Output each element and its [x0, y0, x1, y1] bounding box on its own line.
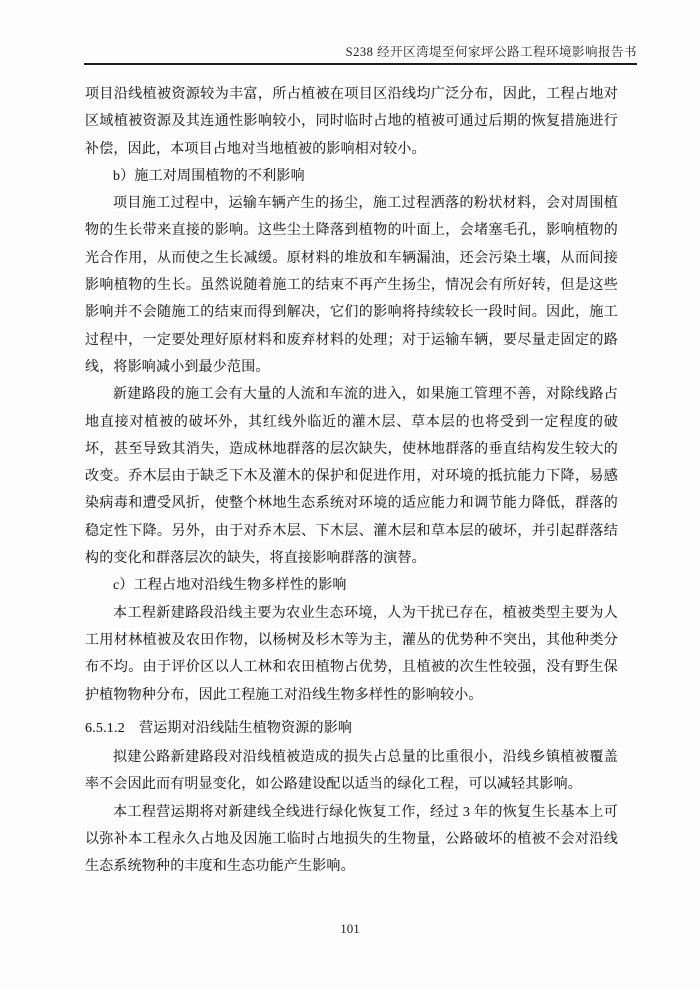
text-line: 拟建公路新建路段对沿线植被造成的损失占总量的比重很小，沿线乡镇植被覆盖 — [85, 744, 618, 771]
text-line: 布不均。由于评价区以人工林和农田植物占优势，且植被的次生性较强，没有野生保 — [85, 654, 618, 681]
text-line: 构的变化和群落层次的缺失，将直接影响群落的演替。 — [85, 545, 618, 572]
text-line: 地直接对植被的破坏外，其红线外临近的灌木层、草本层的也将受到一定程度的破 — [85, 409, 618, 436]
text-line: 项目施工过程中，运输车辆产生的扬尘，施工过程洒落的粉状材料，会对周围植 — [85, 190, 618, 217]
text-line: 项目沿线植被资源较为丰富，所占植被在项目区沿线均广泛分布，因此，工程占地对 — [85, 81, 618, 108]
text-line: 区域植被资源及其连通性影响较小，同时临时占地的植被可通过后期的恢复措施进行 — [85, 108, 618, 135]
text-line: 率不会因此而有明显变化，如公路建设配以适当的绿化工程，可以减轻其影响。 — [85, 771, 618, 798]
text-line: 物的生长带来直接的影响。这些尘土降落到植物的叶面上，会堵塞毛孔，影响植物的 — [85, 217, 618, 244]
text-line: 影响植物的生长。虽然说随着施工的结束不再产生扬尘，情况会有所好转，但是这些 — [85, 272, 618, 299]
text-line: 染病毒和遭受风折，使整个林地生态系统对环境的适应能力和调节能力降低，群落的 — [85, 490, 618, 517]
text-line: 光合作用，从而使之生长减缓。原材料的堆放和车辆漏油，还会污染土壤，从而间接 — [85, 245, 618, 272]
subheading-c: c）工程占地对沿线生物多样性的影响 — [85, 572, 618, 599]
text-line: 护植物物种分布，因此工程施工对沿线生物多样性的影响较小。 — [85, 682, 618, 709]
text-line: 本工程新建路段沿线主要为农业生态环境，人为干扰已存在，植被类型主要为人 — [85, 600, 618, 627]
text-line: 稳定性下降。另外，由于对乔木层、下木层、灌木层和草本层的破坏，并引起群落结 — [85, 518, 618, 545]
text-line: 工用材林植被及农田作物，以杨树及杉木等为主，灌丛的优势种不突出，其他种类分 — [85, 627, 618, 654]
section-heading-6512: 6.5.1.2 营运期对沿线陆生植物资源的影响 — [85, 715, 618, 742]
text-line: 补偿，因此，本项目占地对当地植被的影响相对较小。 — [85, 136, 618, 163]
document-page: S238 经开区湾堤至何家坪公路工程环境影响报告书 项目沿线植被资源较为丰富，所… — [0, 0, 700, 990]
text-line: 坏，甚至导致其消失，造成林地群落的层次缺失，使林地群落的垂直结构发生较大的 — [85, 436, 618, 463]
text-line: 以弥补本工程永久占地及因施工临时占地损失的生物量，公路破坏的植被不会对沿线 — [85, 826, 618, 853]
text-line: 生态系统物种的丰度和生态功能产生影响。 — [85, 853, 618, 880]
header-rule — [84, 63, 637, 65]
text-line: 过程中，一定要处理好原材料和废弃材料的处理；对于运输车辆，要尽量走固定的路 — [85, 327, 618, 354]
text-line: 改变。乔木层由于缺乏下木及灌木的保护和促进作用，对环境的抵抗能力下降，易感 — [85, 463, 618, 490]
page-number: 101 — [0, 921, 700, 937]
text-line: 本工程营运期将对新建线全线进行绿化恢复工作，经过 3 年的恢复生长基本上可 — [85, 799, 618, 826]
text-line: 影响并不会随施工的结束而得到解决，它们的影响将持续较长一段时间。因此，施工 — [85, 299, 618, 326]
page-header-title: S238 经开区湾堤至何家坪公路工程环境影响报告书 — [85, 44, 637, 60]
text-line: 新建路段的施工会有大量的人流和车流的进入，如果施工管理不善，对除线路占 — [85, 381, 618, 408]
subheading-b: b）施工对周围植物的不利影响 — [85, 163, 618, 190]
body-text: 项目沿线植被资源较为丰富，所占植被在项目区沿线均广泛分布，因此，工程占地对 区域… — [85, 81, 618, 881]
text-line: 线，将影响减小到最少范围。 — [85, 354, 618, 381]
